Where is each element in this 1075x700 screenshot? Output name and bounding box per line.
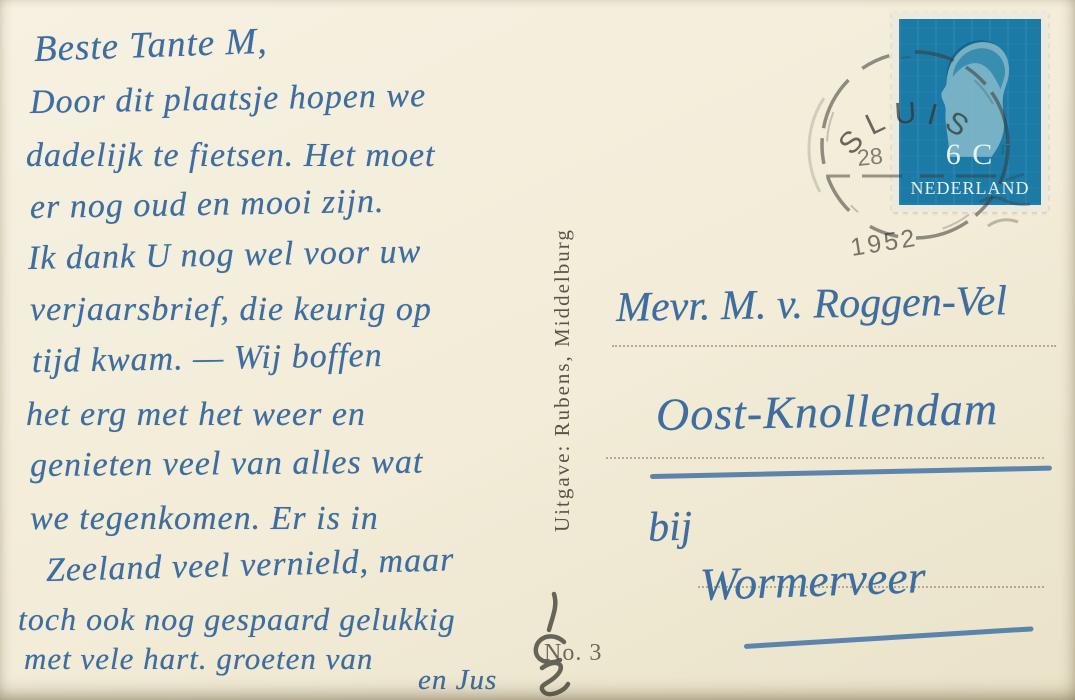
message-line: we tegenkomen. Er is in (30, 500, 379, 538)
ink-underline (744, 626, 1034, 649)
address-town: Wormerveer (699, 550, 926, 611)
address-recipient: Mevr. M. v. Roggen-Vel (616, 277, 1008, 332)
ink-stroke (650, 466, 1052, 479)
postmark-day: 28 (856, 142, 884, 171)
message-line: het erg met het weer en (26, 396, 366, 434)
message-line: Door dit plaatsje hopen we (30, 77, 427, 122)
handwritten-monogram (508, 586, 586, 698)
message-line: met vele hart. groeten van (24, 641, 373, 677)
message-line: tijd kwam. — Wij boffen (32, 337, 383, 381)
postmark: SLUIS 28 1952 (780, 40, 1050, 275)
address-locality: Oost-Knollendam (656, 382, 999, 441)
message-line: dadelijk te fietsen. Het moet (26, 137, 436, 175)
message-line: verjaarsbrief, die keurig op (30, 291, 432, 329)
message-signature: en Jus (418, 664, 497, 697)
publisher-imprint: Uitgave: Rubens, Middelburg (550, 182, 575, 532)
address-connector: bij (647, 502, 693, 552)
postmark-town: SLUIS (832, 96, 981, 161)
postcard-back: Beste Tante M, Door dit plaatsje hopen w… (0, 0, 1075, 700)
address-dotted-rule (606, 457, 1044, 459)
message-line: genieten veel van alles wat (30, 444, 424, 485)
message-line: Beste Tante M, (33, 20, 268, 71)
postmark-year: 1952 (849, 224, 920, 262)
message-line: Zeeland veel vernield, maar (46, 541, 455, 590)
address-dotted-rule (612, 345, 1056, 347)
message-line: toch ook nog gespaard gelukkig (18, 601, 456, 638)
message-line: Ik dank U nog wel voor uw (28, 233, 422, 278)
message-line: er nog oud en mooi zijn. (30, 183, 385, 227)
